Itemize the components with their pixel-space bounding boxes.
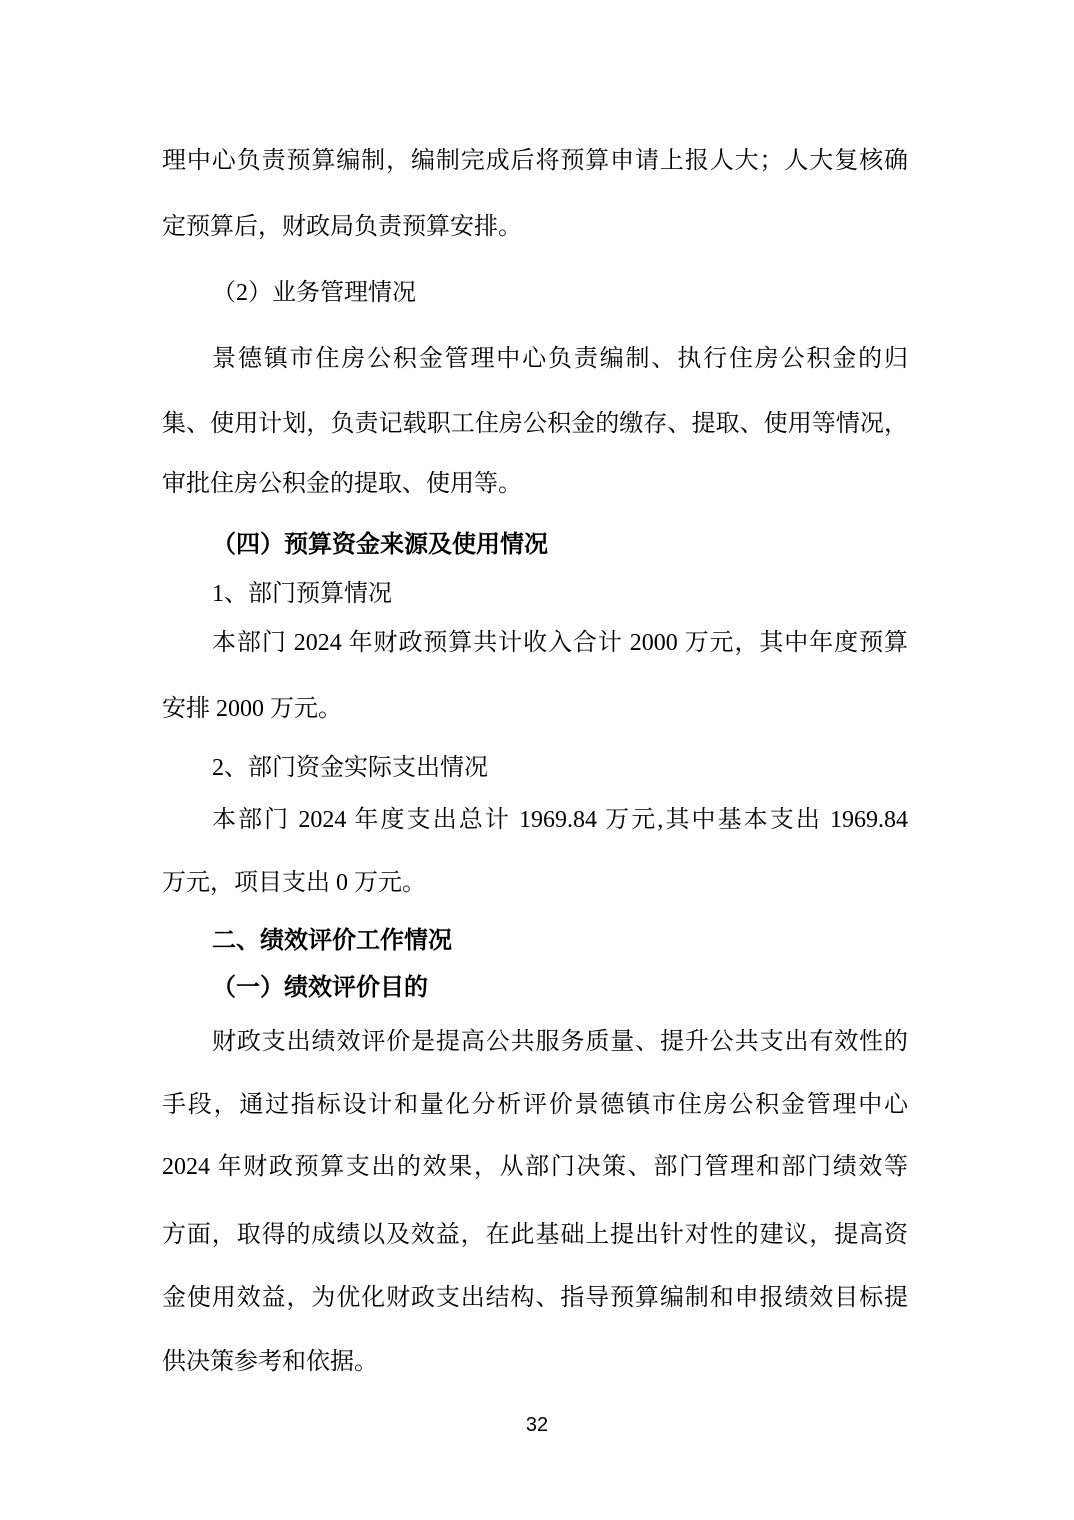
paragraph-line: 财政支出绩效评价是提高公共服务质量、提升公共支出有效性的	[162, 1027, 908, 1057]
paragraph-line: 2024 年财政预算支出的效果，从部门决策、部门管理和部门绩效等	[162, 1152, 908, 1182]
heading-performance-evaluation-purpose: （一）绩效评价目的	[162, 973, 908, 1003]
paragraph-line: 方面，取得的成绩以及效益，在此基础上提出针对性的建议，提高资	[162, 1220, 908, 1250]
paragraph-line: 理中心负责预算编制，编制完成后将预算申请上报人大；人大复核确	[162, 146, 908, 176]
paragraph-line: 定预算后，财政局负责预算安排。	[162, 212, 908, 242]
paragraph-line: 安排 2000 万元。	[162, 694, 908, 724]
paragraph-line: 手段，通过指标设计和量化分析评价景德镇市住房公积金管理中心	[162, 1090, 908, 1120]
subheading-actual-expenditure: 2、部门资金实际支出情况	[162, 753, 908, 783]
page-number: 32	[0, 1413, 1074, 1437]
paragraph-line: 集、使用计划，负责记载职工住房公积金的缴存、提取、使用等情况，	[162, 409, 908, 439]
paragraph-line: 金使用效益，为优化财政支出结构、指导预算编制和申报绩效目标提	[162, 1283, 908, 1313]
paragraph-line: 本部门 2024 年财政预算共计收入合计 2000 万元，其中年度预算	[162, 628, 908, 658]
paragraph-line: 万元，项目支出 0 万元。	[162, 868, 908, 898]
subheading-business-management: （2）业务管理情况	[162, 278, 908, 308]
paragraph-line: 供决策参考和依据。	[162, 1347, 908, 1377]
heading-budget-funds-source-and-use: （四）预算资金来源及使用情况	[162, 530, 908, 560]
paragraph-line: 审批住房公积金的提取、使用等。	[162, 469, 908, 499]
subheading-department-budget: 1、部门预算情况	[162, 579, 908, 609]
document-page: 理中心负责预算编制，编制完成后将预算申请上报人大；人大复核确 定预算后，财政局负…	[0, 0, 1074, 1520]
paragraph-line: 景德镇市住房公积金管理中心负责编制、执行住房公积金的归	[162, 344, 908, 374]
paragraph-line: 本部门 2024 年度支出总计 1969.84 万元,其中基本支出 1969.8…	[162, 805, 908, 835]
heading-performance-evaluation-work: 二、绩效评价工作情况	[162, 926, 908, 956]
